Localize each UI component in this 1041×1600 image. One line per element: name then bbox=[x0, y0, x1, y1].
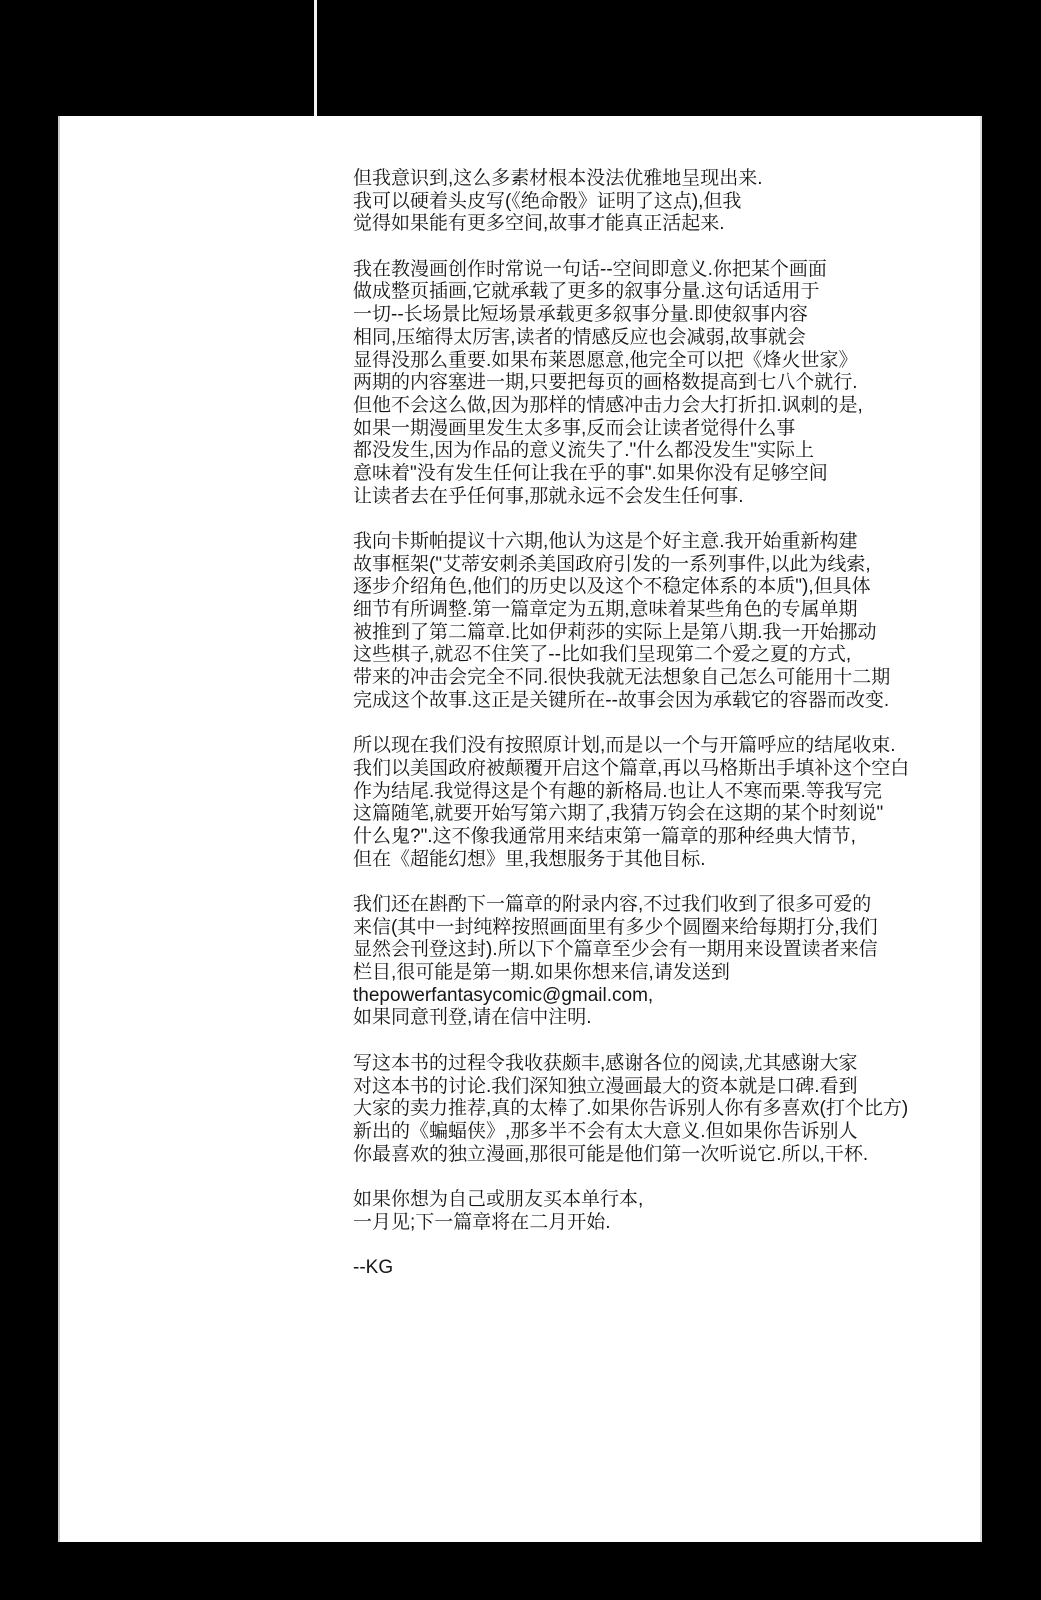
text-line: 写这本书的过程令我收获颇丰,感谢各位的阅读,尤其感谢大家 bbox=[353, 1053, 909, 1076]
letter-page: 但我意识到,这么多素材根本没法优雅地呈现出来.我可以硬着头皮写(《绝命骰》证明了… bbox=[58, 116, 982, 1542]
text-line: 但他不会这么做,因为那样的情感冲击力会大打折扣.讽刺的是, bbox=[353, 395, 909, 418]
text-line: 完成这个故事.这正是关键所在--故事会因为承载它的容器而改变. bbox=[353, 690, 909, 713]
paragraph: 写这本书的过程令我收获颇丰,感谢各位的阅读,尤其感谢大家对这本书的讨论.我们深知… bbox=[353, 1053, 909, 1166]
paragraph: 我们还在斟酌下一篇章的附录内容,不过我们收到了很多可爱的来信(其中一封纯粹按照画… bbox=[353, 894, 909, 1030]
text-line: 我们以美国政府被颠覆开启这个篇章,再以马格斯出手填补这个空白 bbox=[353, 758, 909, 781]
signature: --KG bbox=[353, 1257, 909, 1280]
text-line: 这些棋子,就忍不住笑了--比如我们呈现第二个爱之夏的方式, bbox=[353, 644, 909, 667]
paragraph: 所以现在我们没有按照原计划,而是以一个与开篇呼应的结尾收束.我们以美国政府被颠覆… bbox=[353, 735, 909, 871]
text-line: 我们还在斟酌下一篇章的附录内容,不过我们收到了很多可爱的 bbox=[353, 894, 909, 917]
text-line: 这篇随笔,就要开始写第六期了,我猜万钧会在这期的某个时刻说" bbox=[353, 803, 909, 826]
text-line: 你最喜欢的独立漫画,那很可能是他们第一次听说它.所以,干杯. bbox=[353, 1144, 909, 1167]
text-line: 一切--长场景比短场景承载更多叙事分量.即使叙事内容 bbox=[353, 304, 909, 327]
letter-paragraphs: 但我意识到,这么多素材根本没法优雅地呈现出来.我可以硬着头皮写(《绝命骰》证明了… bbox=[353, 168, 909, 1234]
text-line: 都没发生,因为作品的意义流失了."什么都没发生"实际上 bbox=[353, 440, 909, 463]
text-line: 如果同意刊登,请在信中注明. bbox=[353, 1007, 909, 1030]
page-fold-line bbox=[314, 0, 317, 116]
text-line: 如果一期漫画里发生太多事,反而会让读者觉得什么事 bbox=[353, 418, 909, 441]
text-line: 相同,压缩得太厉害,读者的情感反应也会减弱,故事就会 bbox=[353, 327, 909, 350]
text-line: 意味着"没有发生任何让我在乎的事".如果你没有足够空间 bbox=[353, 463, 909, 486]
text-line: 故事框架("艾蒂安刺杀美国政府引发的一系列事件,以此为线索, bbox=[353, 554, 909, 577]
paragraph: 我在教漫画创作时常说一句话--空间即意义.你把某个画面做成整页插画,它就承载了更… bbox=[353, 259, 909, 509]
text-line: 两期的内容塞进一期,只要把每页的画格数提高到七八个就行. bbox=[353, 372, 909, 395]
text-line: 细节有所调整.第一篇章定为五期,意味着某些角色的专属单期 bbox=[353, 599, 909, 622]
text-line: 但我意识到,这么多素材根本没法优雅地呈现出来. bbox=[353, 168, 909, 191]
text-line: 所以现在我们没有按照原计划,而是以一个与开篇呼应的结尾收束. bbox=[353, 735, 909, 758]
text-line: 逐步介绍角色,他们的历史以及这个不稳定体系的本质"),但具体 bbox=[353, 576, 909, 599]
text-line: 让读者去在乎任何事,那就永远不会发生任何事. bbox=[353, 486, 909, 509]
paragraph: 但我意识到,这么多素材根本没法优雅地呈现出来.我可以硬着头皮写(《绝命骰》证明了… bbox=[353, 168, 909, 236]
text-line: 来信(其中一封纯粹按照画面里有多少个圆圈来给每期打分,我们 bbox=[353, 917, 909, 940]
text-line: 我在教漫画创作时常说一句话--空间即意义.你把某个画面 bbox=[353, 259, 909, 282]
text-line: 觉得如果能有更多空间,故事才能真正活起来. bbox=[353, 213, 909, 236]
text-line: 栏目,很可能是第一期.如果你想来信,请发送到 bbox=[353, 962, 909, 985]
text-line: 做成整页插画,它就承载了更多的叙事分量.这句话适用于 bbox=[353, 281, 909, 304]
paragraph: 如果你想为自己或朋友买本单行本,一月见;下一篇章将在二月开始. bbox=[353, 1189, 909, 1234]
text-line: 作为结尾.我觉得这是个有趣的新格局.也让人不寒而栗.等我写完 bbox=[353, 781, 909, 804]
text-line: 一月见;下一篇章将在二月开始. bbox=[353, 1212, 909, 1235]
text-line: 如果你想为自己或朋友买本单行本, bbox=[353, 1189, 909, 1212]
text-line: 但在《超能幻想》里,我想服务于其他目标. bbox=[353, 849, 909, 872]
text-line: 被推到了第二篇章.比如伊莉莎的实际上是第八期.我一开始挪动 bbox=[353, 622, 909, 645]
paragraph: 我向卡斯帕提议十六期,他认为这是个好主意.我开始重新构建故事框架("艾蒂安刺杀美… bbox=[353, 531, 909, 713]
text-line: 什么鬼?".这不像我通常用来结束第一篇章的那种经典大情节, bbox=[353, 826, 909, 849]
text-line: 带来的冲击会完全不同.很快我就无法想象自己怎么可能用十二期 bbox=[353, 667, 909, 690]
text-line: 我可以硬着头皮写(《绝命骰》证明了这点),但我 bbox=[353, 191, 909, 214]
text-line: 对这本书的讨论.我们深知独立漫画最大的资本就是口碑.看到 bbox=[353, 1076, 909, 1099]
text-line: 显然会刊登这封).所以下个篇章至少会有一期用来设置读者来信 bbox=[353, 939, 909, 962]
text-line: thepowerfantasycomic@gmail.com, bbox=[353, 985, 909, 1008]
text-line: 我向卡斯帕提议十六期,他认为这是个好主意.我开始重新构建 bbox=[353, 531, 909, 554]
comic-page-scan: 但我意识到,这么多素材根本没法优雅地呈现出来.我可以硬着头皮写(《绝命骰》证明了… bbox=[0, 0, 1041, 1600]
letter-text: 但我意识到,这么多素材根本没法优雅地呈现出来.我可以硬着头皮写(《绝命骰》证明了… bbox=[353, 168, 909, 1280]
text-line: 新出的《蝙蝠侠》,那多半不会有太大意义.但如果你告诉别人 bbox=[353, 1121, 909, 1144]
text-line: 显得没那么重要.如果布莱恩愿意,他完全可以把《烽火世家》 bbox=[353, 350, 909, 373]
text-line: 大家的卖力推荐,真的太棒了.如果你告诉别人你有多喜欢(打个比方) bbox=[353, 1098, 909, 1121]
